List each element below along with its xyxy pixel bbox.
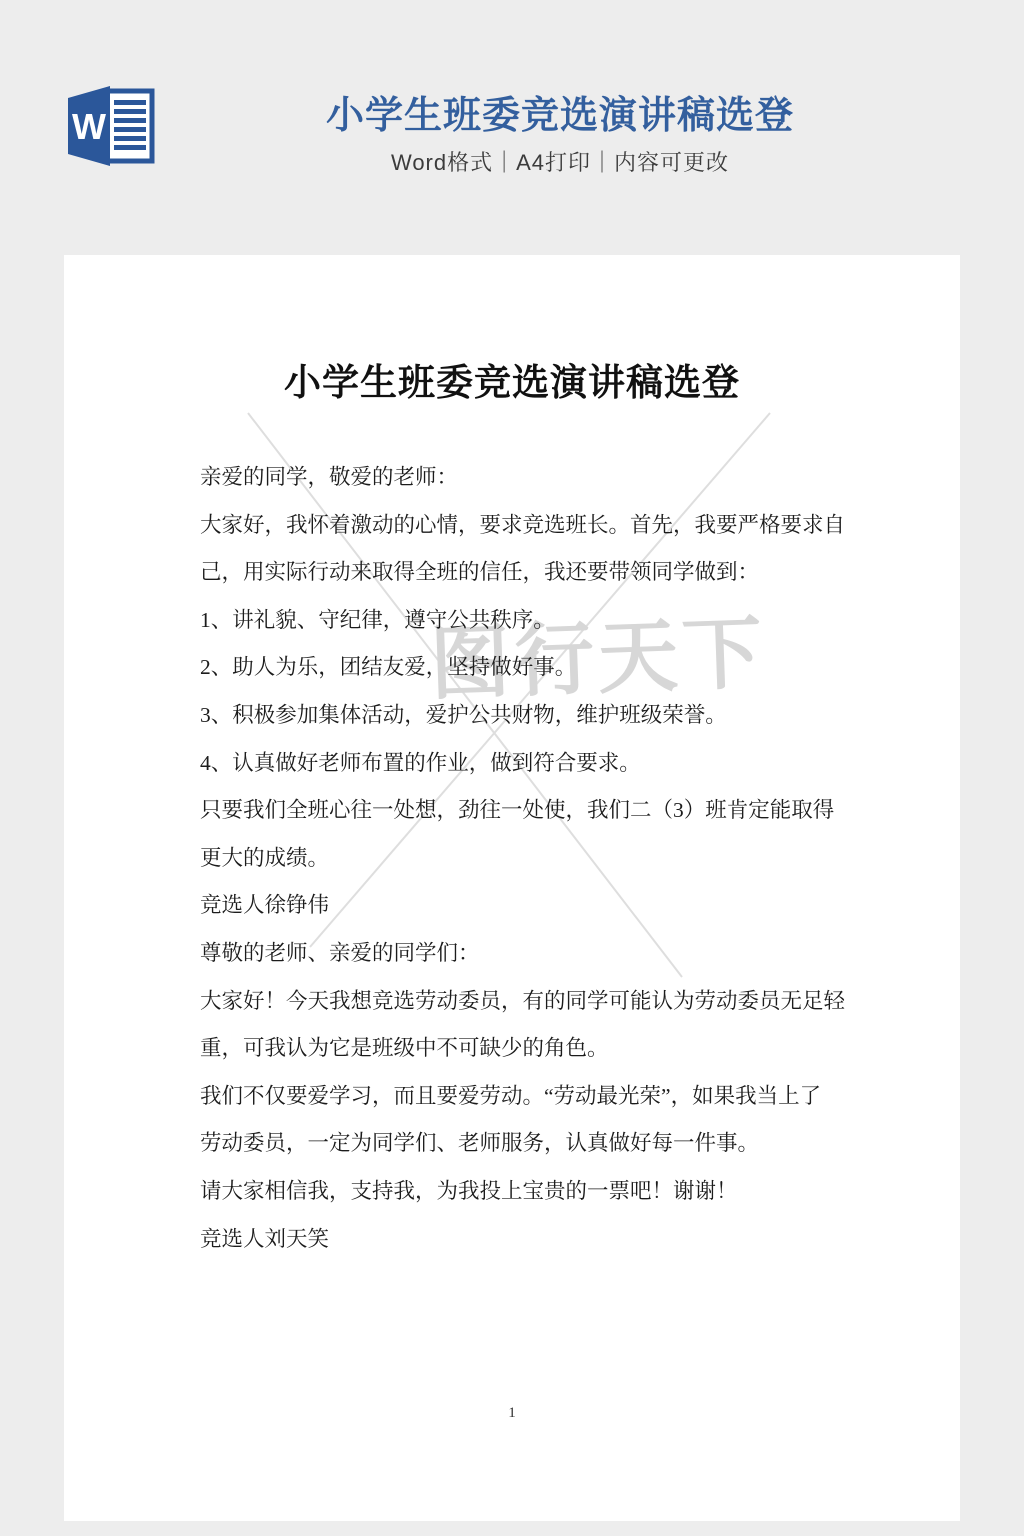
document-text-line: 大家好！今天我想竞选劳动委员，有的同学可能认为劳动委员无足轻 (200, 978, 848, 1026)
template-header: W 小学生班委竞选演讲稿选登 Word格式｜A4打印｜内容可更改 (0, 0, 1024, 255)
document-page: 图行天下 小学生班委竞选演讲稿选登 亲爱的同学，敬爱的老师：大家好，我怀着激动的… (64, 255, 960, 1521)
document-text-line: 3、积极参加集体活动，爱护公共财物，维护班级荣誉。 (200, 692, 848, 740)
document-text-line: 尊敬的老师、亲爱的同学们： (200, 930, 848, 978)
document-text-line: 我们不仅要爱学习，而且要爱劳动。“劳动最光荣”，如果我当上了 (200, 1073, 848, 1121)
document-text-line: 己，用实际行动来取得全班的信任，我还要带领同学做到： (200, 549, 848, 597)
document-text-line: 只要我们全班心往一处想，劲往一处使，我们二（3）班肯定能取得 (200, 787, 848, 835)
document-text-line: 竞选人徐铮伟 (200, 882, 848, 930)
page-number: 1 (64, 1405, 960, 1422)
document-text-line: 竞选人刘天笑 (200, 1216, 848, 1264)
document-text-line: 重，可我认为它是班级中不可缺少的角色。 (200, 1025, 848, 1073)
document-text-line: 请大家相信我，支持我，为我投上宝贵的一票吧！谢谢！ (200, 1168, 848, 1216)
document-title: 小学生班委竞选演讲稿选登 (64, 361, 960, 407)
document-text-line: 大家好，我怀着激动的心情，要求竞选班长。首先，我要严格要求自 (200, 502, 848, 550)
document-text-line: 更大的成绩。 (200, 835, 848, 883)
document-text-line: 劳动委员，一定为同学们、老师服务，认真做好每一件事。 (200, 1120, 848, 1168)
document-text-line: 亲爱的同学，敬爱的老师： (200, 454, 848, 502)
template-subtitle: Word格式｜A4打印｜内容可更改 (96, 149, 1024, 177)
document-text-line: 2、助人为乐，团结友爱，坚持做好事。 (200, 644, 848, 692)
document-body: 亲爱的同学，敬爱的老师：大家好，我怀着激动的心情，要求竞选班长。首先，我要严格要… (200, 454, 848, 1263)
template-title: 小学生班委竞选演讲稿选登 (96, 92, 1024, 140)
header-text-block: 小学生班委竞选演讲稿选登 Word格式｜A4打印｜内容可更改 (96, 92, 1024, 177)
document-text-line: 1、讲礼貌、守纪律，遵守公共秩序。 (200, 597, 848, 645)
document-text-line: 4、认真做好老师布置的作业，做到符合要求。 (200, 740, 848, 788)
